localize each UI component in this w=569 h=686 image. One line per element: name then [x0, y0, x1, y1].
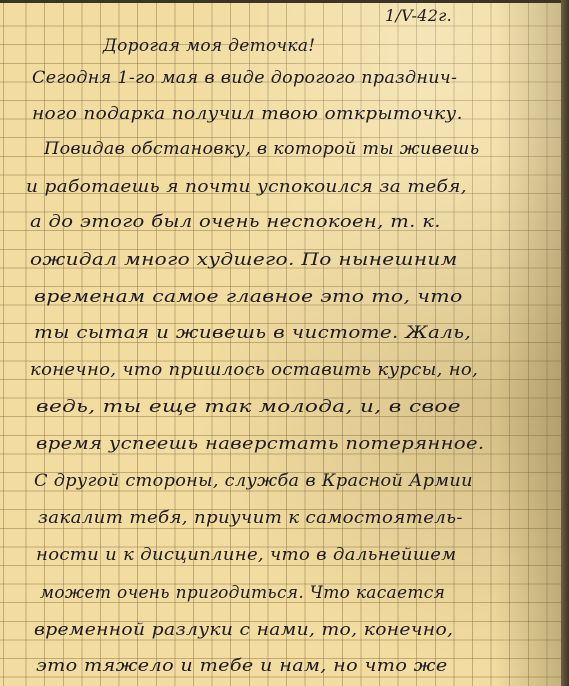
letter-line-14: ности и к дисциплине, что в дальнейшем: [36, 545, 456, 565]
letter-line-15: может очень пригодиться. Что касается: [40, 583, 445, 603]
letter-greeting: Дорогая моя деточка!: [103, 36, 315, 56]
letter-line-11: время успеешь наверстать потерянное.: [36, 434, 484, 454]
letter-line-1: Сегодня 1-го мая в виде дорогого праздни…: [32, 68, 457, 88]
letter-line-5: а до этого был очень неспокоен, т. к.: [30, 212, 441, 232]
letter-line-17: это тяжело и тебе и нам, но что же: [36, 656, 448, 676]
letter-line-3: Повидав обстановку, в которой ты живешь: [44, 139, 479, 159]
letter-line-7: временам самое главное это то, что: [34, 287, 463, 307]
letter-line-10: ведь, ты еще так молода, и, в свое: [36, 397, 461, 417]
letter-line-6: ожидал много худшего. По нынешним: [30, 250, 458, 270]
letter-line-8: ты сытая и живешь в чистоте. Жаль,: [34, 323, 471, 343]
right-edge-shadow: [561, 0, 569, 686]
letter-line-4: и работаешь я почти успокоился за тебя,: [26, 177, 467, 197]
letter-page: 1/V-42г. Дорогая моя деточка! Сегодня 1-…: [0, 0, 562, 686]
letter-line-13: закалит тебя, приучит к самостоятель-: [38, 508, 463, 528]
top-edge-shadow: [0, 0, 569, 3]
letter-line-16: временной разлуки с нами, то, конечно,: [34, 620, 453, 640]
letter-line-9: конечно, что пришлось оставить курсы, но…: [30, 360, 478, 380]
letter-line-12: С другой стороны, служба в Красной Армии: [34, 471, 473, 491]
letter-date: 1/V-42г.: [385, 6, 452, 25]
letter-line-2: ного подарка получил твою открыточку.: [32, 104, 463, 124]
